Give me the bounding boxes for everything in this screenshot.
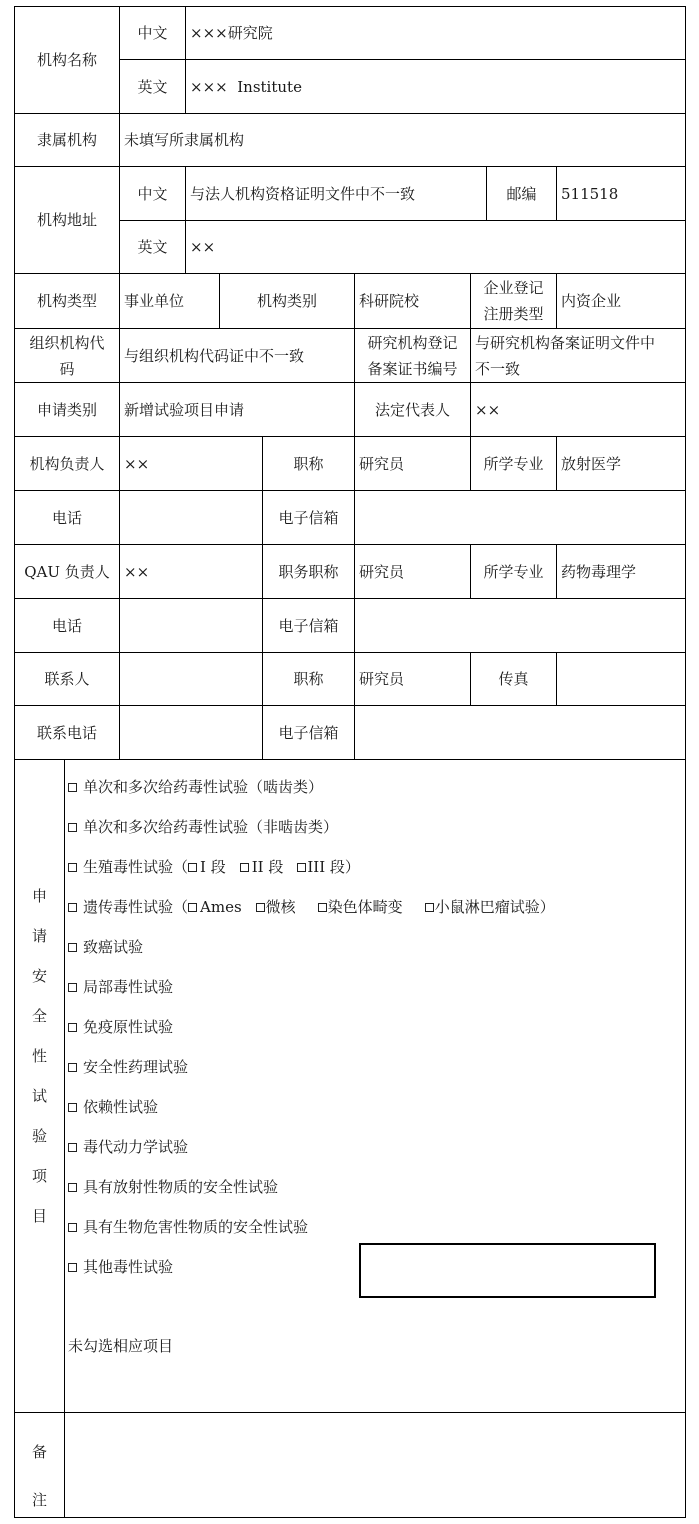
contact-phone-label: 联系电话 [14,705,120,760]
reg-no-field[interactable]: 与研究机构备案证明文件中 不一致 [470,328,686,383]
head-title-field[interactable]: 研究员 [354,436,471,491]
item-label: 免疫原性试验 [83,1018,173,1036]
subitem-label: I 段 [200,858,226,876]
checkbox-icon[interactable] [68,1143,77,1152]
item-label: 单次和多次给药毒性试验（啮齿类） [83,778,323,796]
inst-category-label: 机构类别 [219,273,355,329]
zip-field[interactable]: 511518 [556,166,686,221]
label-char: 全 [32,996,47,1036]
inst-name-cn-field[interactable]: ×××研究院 [185,6,686,60]
application-field[interactable]: 新增试验项目申请 [119,382,355,437]
subitem-label: Ames [200,898,242,916]
org-code-field[interactable]: 与组织机构代码证中不一致 [119,328,355,383]
subitem-label: II 段 [252,858,284,876]
subitem-label: 微核 [266,898,296,916]
reg-no-value-line2: 不一致 [475,356,520,382]
checkbox-icon[interactable] [68,903,77,912]
item-label: 毒代动力学试验 [83,1138,188,1156]
safety-test-item[interactable]: 具有放射性物质的安全性试验 [68,1172,555,1212]
checkbox-icon[interactable] [68,1263,77,1272]
item-label: 致癌试验 [83,938,143,956]
org-code-label: 组织机构代 码 [14,328,120,383]
checkbox-icon[interactable] [68,1223,77,1232]
label-char: 项 [32,1156,47,1196]
inst-name-en-field[interactable]: ××× Institute [185,59,686,114]
checkbox-icon[interactable] [188,863,197,872]
label-char: 目 [32,1196,47,1236]
reg-type-label-line2: 注册类型 [483,301,543,327]
contact-title-label: 职称 [262,652,355,706]
subitem-label: 小鼠淋巴瘤试验 [435,898,540,916]
address-cn-label: 中文 [119,166,186,221]
safety-test-item-genetic[interactable]: 遗传毒性试验（Ames微核染色体畸变小鼠淋巴瘤试验） [68,892,555,932]
inst-type-field[interactable]: 事业单位 [119,273,220,329]
checkbox-icon[interactable] [68,943,77,952]
safety-test-item[interactable]: 安全性药理试验 [68,1052,555,1092]
inst-name-label-text: 机构名称 [37,47,97,73]
checkbox-icon[interactable] [68,1023,77,1032]
safety-test-item-reproductive[interactable]: 生殖毒性试验（I 段II 段III 段） [68,852,555,892]
item-label: 依赖性试验 [83,1098,158,1116]
head-major-label: 所学专业 [470,436,557,491]
remarks-label: 备 注 [14,1412,65,1518]
reg-no-label-line2: 备案证书编号 [367,356,457,382]
item-label: 遗传毒性试验（ [83,898,188,916]
item-label: 生殖毒性试验（ [83,858,188,876]
safety-test-item[interactable]: 依赖性试验 [68,1092,555,1132]
affiliation-field[interactable]: 未填写所隶属机构 [119,113,686,167]
checkbox-icon[interactable] [68,823,77,832]
label-char: 申 [32,876,47,916]
inst-name-cn-label: 中文 [119,6,186,60]
item-label: 安全性药理试验 [83,1058,188,1076]
reg-type-label: 企业登记 注册类型 [470,273,557,329]
contact-email-label: 电子信箱 [262,705,355,760]
label-char: 性 [32,1036,47,1076]
contact-field[interactable] [119,652,263,706]
inst-type-label: 机构类型 [14,273,120,329]
checkbox-icon[interactable] [318,903,327,912]
item-label: 单次和多次给药毒性试验（非啮齿类） [83,818,338,836]
safety-test-item[interactable]: 致癌试验 [68,932,555,972]
qau-email-field[interactable] [354,598,686,653]
head-title-label: 职称 [262,436,355,491]
safety-test-item[interactable]: 免疫原性试验 [68,1012,555,1052]
checkbox-icon[interactable] [256,903,265,912]
qau-label: QAU 负责人 [14,544,120,599]
item-label: 局部毒性试验 [83,978,173,996]
safety-test-item[interactable]: 单次和多次给药毒性试验（啮齿类） [68,772,555,812]
reg-no-label-line1: 研究机构登记 [367,330,457,356]
label-char: 验 [32,1116,47,1156]
checkbox-icon[interactable] [425,903,434,912]
qau-major-field[interactable]: 药物毒理学 [556,544,686,599]
reg-type-field[interactable]: 内资企业 [556,273,686,329]
inst-name-en-label: 英文 [119,59,186,114]
safety-test-list: 单次和多次给药毒性试验（啮齿类） 单次和多次给药毒性试验（非啮齿类） 生殖毒性试… [68,772,555,1292]
head-phone-field[interactable] [119,490,263,545]
reg-type-label-line1: 企业登记 [483,275,543,301]
head-phone-label: 电话 [14,490,120,545]
fax-field[interactable] [556,652,686,706]
safety-test-item[interactable]: 毒代动力学试验 [68,1132,555,1172]
zip-label: 邮编 [486,166,557,221]
checkbox-icon[interactable] [240,863,249,872]
safety-test-item[interactable]: 单次和多次给药毒性试验（非啮齿类） [68,812,555,852]
qau-email-label: 电子信箱 [262,598,355,653]
legal-rep-label: 法定代表人 [354,382,471,437]
checkbox-icon[interactable] [68,783,77,792]
qau-phone-label: 电话 [14,598,120,653]
reg-no-label: 研究机构登记 备案证书编号 [354,328,471,383]
contact-phone-field[interactable] [119,705,263,760]
head-email-field[interactable] [354,490,686,545]
checkbox-icon[interactable] [68,863,77,872]
head-email-label: 电子信箱 [262,490,355,545]
safety-test-item[interactable]: 局部毒性试验 [68,972,555,1012]
address-cn-field[interactable]: 与法人机构资格证明文件中不一致 [185,166,487,221]
qau-major-label: 所学专业 [470,544,557,599]
contact-label: 联系人 [14,652,120,706]
label-char: 试 [32,1076,47,1116]
checkbox-icon[interactable] [68,1103,77,1112]
safety-tests-label: 申 请 安 全 性 试 验 项 目 [14,759,65,1413]
item-label: 具有放射性物质的安全性试验 [83,1178,278,1196]
head-major-field[interactable]: 放射医学 [556,436,686,491]
remarks-field[interactable] [64,1412,686,1518]
qau-title-field[interactable]: 研究员 [354,544,471,599]
label-char: 注 [32,1476,47,1524]
contact-email-field[interactable] [354,705,686,760]
head-label: 机构负责人 [14,436,120,491]
subitem-label: III 段 [307,858,345,876]
legal-rep-field[interactable]: ×× [470,382,686,437]
address-en-field[interactable]: ×× [185,220,686,274]
label-char: 备 [32,1428,47,1476]
reg-no-value-line1: 与研究机构备案证明文件中 [475,330,655,356]
paren-close: ） [345,858,360,876]
org-code-label-line2: 码 [59,356,74,382]
address-label: 机构地址 [14,166,120,274]
checkbox-icon[interactable] [188,903,197,912]
org-code-label-line1: 组织机构代 [29,330,104,356]
affiliation-label: 隶属机构 [14,113,120,167]
head-field[interactable]: ×× [119,436,263,491]
qau-phone-field[interactable] [119,598,263,653]
other-test-input[interactable] [359,1243,656,1298]
checkbox-icon[interactable] [68,983,77,992]
item-label: 其他毒性试验 [83,1258,173,1276]
validation-note: 未勾选相应项目 [68,1333,173,1359]
contact-title-field[interactable]: 研究员 [354,652,471,706]
inst-category-field[interactable]: 科研院校 [354,273,471,329]
subitem-label: 染色体畸变 [328,898,403,916]
label-char: 安 [32,956,47,996]
fax-label: 传真 [470,652,557,706]
checkbox-icon[interactable] [297,863,306,872]
item-label: 具有生物危害性物质的安全性试验 [83,1218,308,1236]
label-char: 请 [32,916,47,956]
paren-close: ） [540,898,555,916]
address-en-label: 英文 [119,220,186,274]
checkbox-icon[interactable] [68,1063,77,1072]
application-label: 申请类别 [14,382,120,437]
checkbox-icon[interactable] [68,1183,77,1192]
qau-field[interactable]: ×× [119,544,263,599]
inst-name-label: 机构名称 [14,6,120,114]
qau-title-label: 职务职称 [262,544,355,599]
